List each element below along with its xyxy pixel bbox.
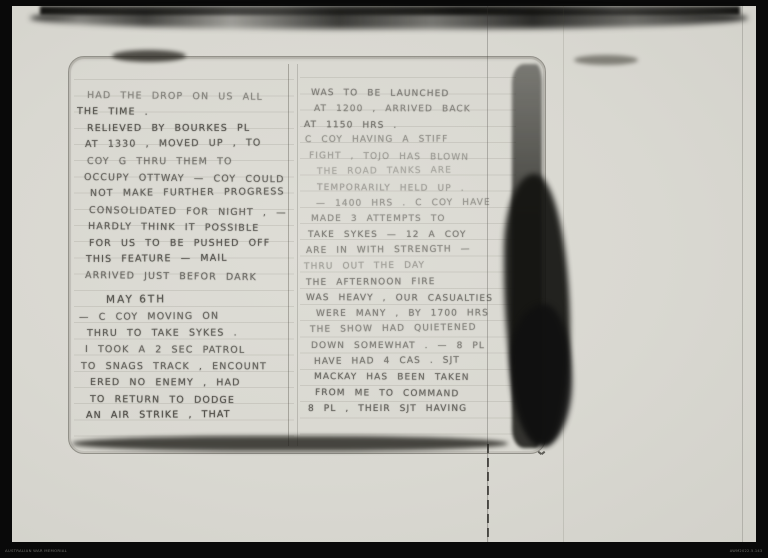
handwriting-line: THE AFTERNOON FIRE [306, 274, 522, 291]
handwriting-line: THIS FEATURE — MAIL [86, 250, 296, 268]
handwriting-line: THE ROAD TANKS ARE [317, 163, 522, 181]
handwriting-line: — C COY MOVING ON [79, 308, 296, 326]
stray-pencil-mark [538, 452, 545, 457]
handwriting-line: MADE 3 ATTEMPTS TO [311, 212, 522, 228]
handwriting-line: TO SNAGS TRACK , ENCOUNT [81, 359, 296, 376]
right-page-handwriting: WAS TO BE LAUNCHEDAT 1200 , ARRIVED BACK… [304, 86, 522, 418]
handwriting-line: 8 PL , THEIR SJT HAVING [308, 402, 522, 418]
handwriting-line: HAVE HAD 4 CAS . SJT [314, 352, 522, 370]
photocopy-smudge-edge [40, 6, 740, 15]
toner-blob [112, 50, 186, 62]
paper-edge-crease [742, 6, 743, 542]
left-page-handwriting: HAD THE DROP ON US ALLTHE TIME .RELIEVED… [76, 88, 296, 424]
handwriting-line: — 1400 HRS . C COY HAVE [316, 195, 522, 212]
handwriting-line: COY G THRU THEM TO [87, 154, 296, 171]
handwriting-line: THRU TO TAKE SYKES . [87, 325, 296, 342]
photocopy-paper: HAD THE DROP ON US ALLTHE TIME .RELIEVED… [12, 6, 756, 542]
archive-name-label: AUSTRALIAN WAR MEMORIAL [5, 549, 67, 553]
handwriting-line: MACKAY HAS BEEN TAKEN [314, 370, 523, 387]
left-page-block2: — C COY MOVING ONTHRU TO TAKE SYKES .I T… [76, 310, 296, 425]
handwriting-line: C COY HAVING A STIFF [305, 133, 522, 149]
handwriting-line: ARRIVED JUST BEFOR DARK [85, 268, 296, 287]
toner-smudge [574, 55, 638, 65]
notebook-bottom-smudge [72, 436, 508, 451]
left-page-block1: HAD THE DROP ON US ALLTHE TIME .RELIEVED… [76, 88, 296, 285]
scanned-document: HAD THE DROP ON US ALLTHE TIME .RELIEVED… [0, 0, 768, 558]
handwriting-line: THE SHOW HAD QUIETENED [309, 320, 522, 339]
right-page-lines: WAS TO BE LAUNCHEDAT 1200 , ARRIVED BACK… [304, 86, 522, 418]
handwriting-line: AN AIR STRIKE , THAT [86, 407, 296, 425]
handwriting-line: WAS TO BE LAUNCHED [310, 86, 522, 104]
handwriting-line: AT 1200 , ARRIVED BACK [314, 102, 522, 118]
date-heading: MAY 6TH [106, 292, 296, 306]
handwriting-line: I TOOK A 2 SEC PATROL [85, 342, 296, 360]
binding-gutter-line [297, 64, 298, 446]
accession-number-label: AWM2022.5.143 [729, 549, 762, 553]
handwriting-line: AT 1330 , MOVED UP , TO [85, 135, 296, 153]
handwriting-line: ERED NO ENEMY , HAD [90, 375, 296, 392]
fold-crease-segment [487, 444, 489, 542]
handwriting-line: NOT MAKE FURTHER PROGRESS [90, 185, 296, 203]
handwriting-line: THRU OUT THE DAY [304, 257, 522, 275]
